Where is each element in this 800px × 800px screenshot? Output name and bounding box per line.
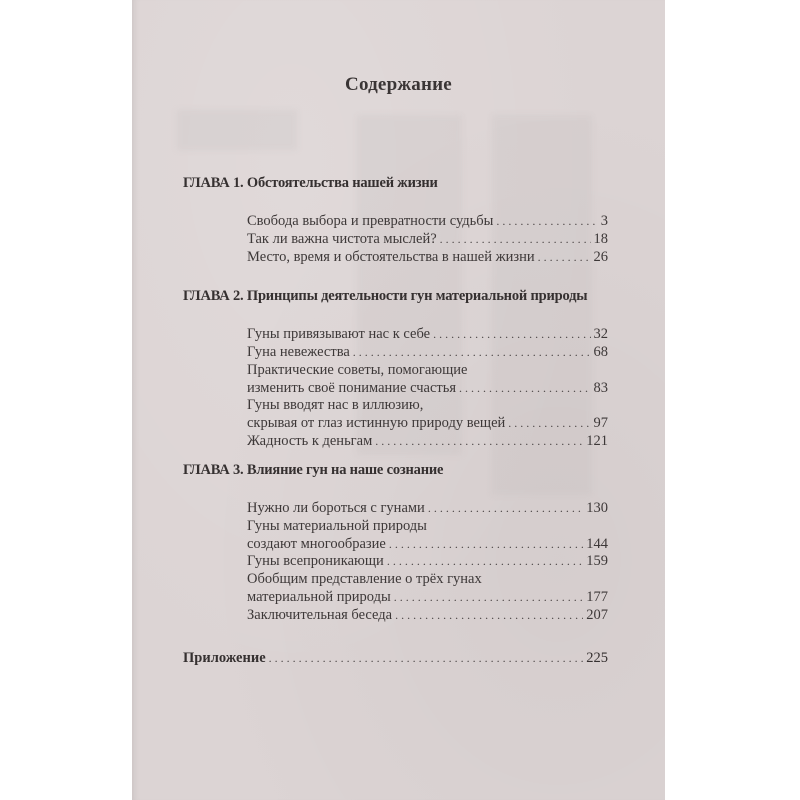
dot-leader — [496, 212, 597, 230]
appendix-title: Приложение — [183, 650, 266, 667]
chapter-heading: ГЛАВА 1. Обстоятельства нашей жизни — [183, 175, 438, 192]
chapter-heading: ГЛАВА 3. Влияние гун на наше сознание — [183, 462, 443, 479]
toc-entry-title: Место, время и обстоятельства в нашей жи… — [247, 248, 535, 266]
page-number: 177 — [586, 588, 608, 606]
dot-leader — [538, 248, 591, 266]
toc-entry-title: Гуна невежества — [247, 343, 350, 361]
page-number: 32 — [594, 325, 609, 343]
chapter-heading: ГЛАВА 2. Принципы деятельности гун матер… — [183, 288, 587, 305]
toc-entry[interactable]: Гуны всепроникающи159 — [247, 552, 608, 570]
page-number: 68 — [594, 343, 609, 361]
dot-leader — [428, 499, 583, 517]
dot-leader — [375, 432, 583, 450]
bleed-through-block — [177, 110, 297, 150]
toc-entry-title: Гуны привязывают нас к себе — [247, 325, 430, 343]
toc-entry[interactable]: Свобода выбора и превратности судьбы3 — [247, 212, 608, 230]
dot-leader — [508, 414, 590, 432]
toc-entry-title: материальной природы — [247, 588, 391, 606]
dot-leader — [459, 379, 590, 397]
toc-entry-title: Так ли важна чистота мыслей? — [247, 230, 437, 248]
toc-entry[interactable]: Гуна невежества68 — [247, 343, 608, 361]
page-number: 159 — [586, 552, 608, 570]
toc-entry[interactable]: Так ли важна чистота мыслей?18 — [247, 230, 608, 248]
toc-entry[interactable]: Гуны материальной природысоздают многооб… — [247, 517, 608, 553]
dot-leader — [440, 230, 591, 248]
toc-entry[interactable]: Гуны привязывают нас к себе32 — [247, 325, 608, 343]
dot-leader — [353, 343, 591, 361]
toc-entry-title: изменить своё понимание счастья — [247, 379, 456, 397]
page-number: 26 — [594, 248, 609, 266]
page-number: 121 — [586, 432, 608, 450]
toc-entry-title: Свобода выбора и превратности судьбы — [247, 212, 493, 230]
toc-entry-title: создают многообразие — [247, 535, 386, 553]
page-number: 207 — [586, 606, 608, 624]
page-number: 18 — [594, 230, 609, 248]
dot-leader — [394, 588, 584, 606]
page-number: 97 — [594, 414, 609, 432]
page-number: 83 — [594, 379, 609, 397]
book-page: Содержание ГЛАВА 1. Обстоятельства нашей… — [132, 0, 665, 800]
toc-entry[interactable]: Нужно ли бороться с гунами130 — [247, 499, 608, 517]
toc-entry[interactable]: Гуны вводят нас в иллюзию,скрывая от гла… — [247, 396, 608, 432]
toc-entry-title: Гуны всепроникающи — [247, 552, 384, 570]
dot-leader — [433, 325, 590, 343]
toc-entry-title: Заключительная беседа — [247, 606, 392, 624]
toc-entry-title: Нужно ли бороться с гунами — [247, 499, 425, 517]
toc-entry-title: скрывая от глаз истинную природу вещей — [247, 414, 505, 432]
page-number: 3 — [601, 212, 608, 230]
dot-leader — [389, 535, 583, 553]
toc-entry-title: Гуны вводят нас в иллюзию, — [247, 396, 423, 414]
page-title: Содержание — [132, 74, 665, 96]
page-number: 130 — [586, 499, 608, 517]
page-number: 225 — [586, 650, 608, 667]
toc-entry[interactable]: Практические советы, помогающиеизменить … — [247, 361, 608, 397]
toc-entry-title: Практические советы, помогающие — [247, 361, 467, 379]
toc-entry[interactable]: Обобщим представление о трёх гунахматери… — [247, 570, 608, 606]
page-number: 144 — [586, 535, 608, 553]
toc-entry-title: Обобщим представление о трёх гунах — [247, 570, 482, 588]
toc-entry-title: Гуны материальной природы — [247, 517, 427, 535]
toc-entry[interactable]: Жадность к деньгам121 — [247, 432, 608, 450]
toc-entry[interactable]: Место, время и обстоятельства в нашей жи… — [247, 248, 608, 266]
dot-leader: . . . . . . . . . . . . . . . . . . . . … — [269, 651, 584, 666]
dot-leader — [387, 552, 583, 570]
dot-leader — [395, 606, 583, 624]
toc-appendix-entry[interactable]: Приложение. . . . . . . . . . . . . . . … — [183, 650, 608, 667]
toc-entry[interactable]: Заключительная беседа207 — [247, 606, 608, 624]
toc-entry-title: Жадность к деньгам — [247, 432, 372, 450]
